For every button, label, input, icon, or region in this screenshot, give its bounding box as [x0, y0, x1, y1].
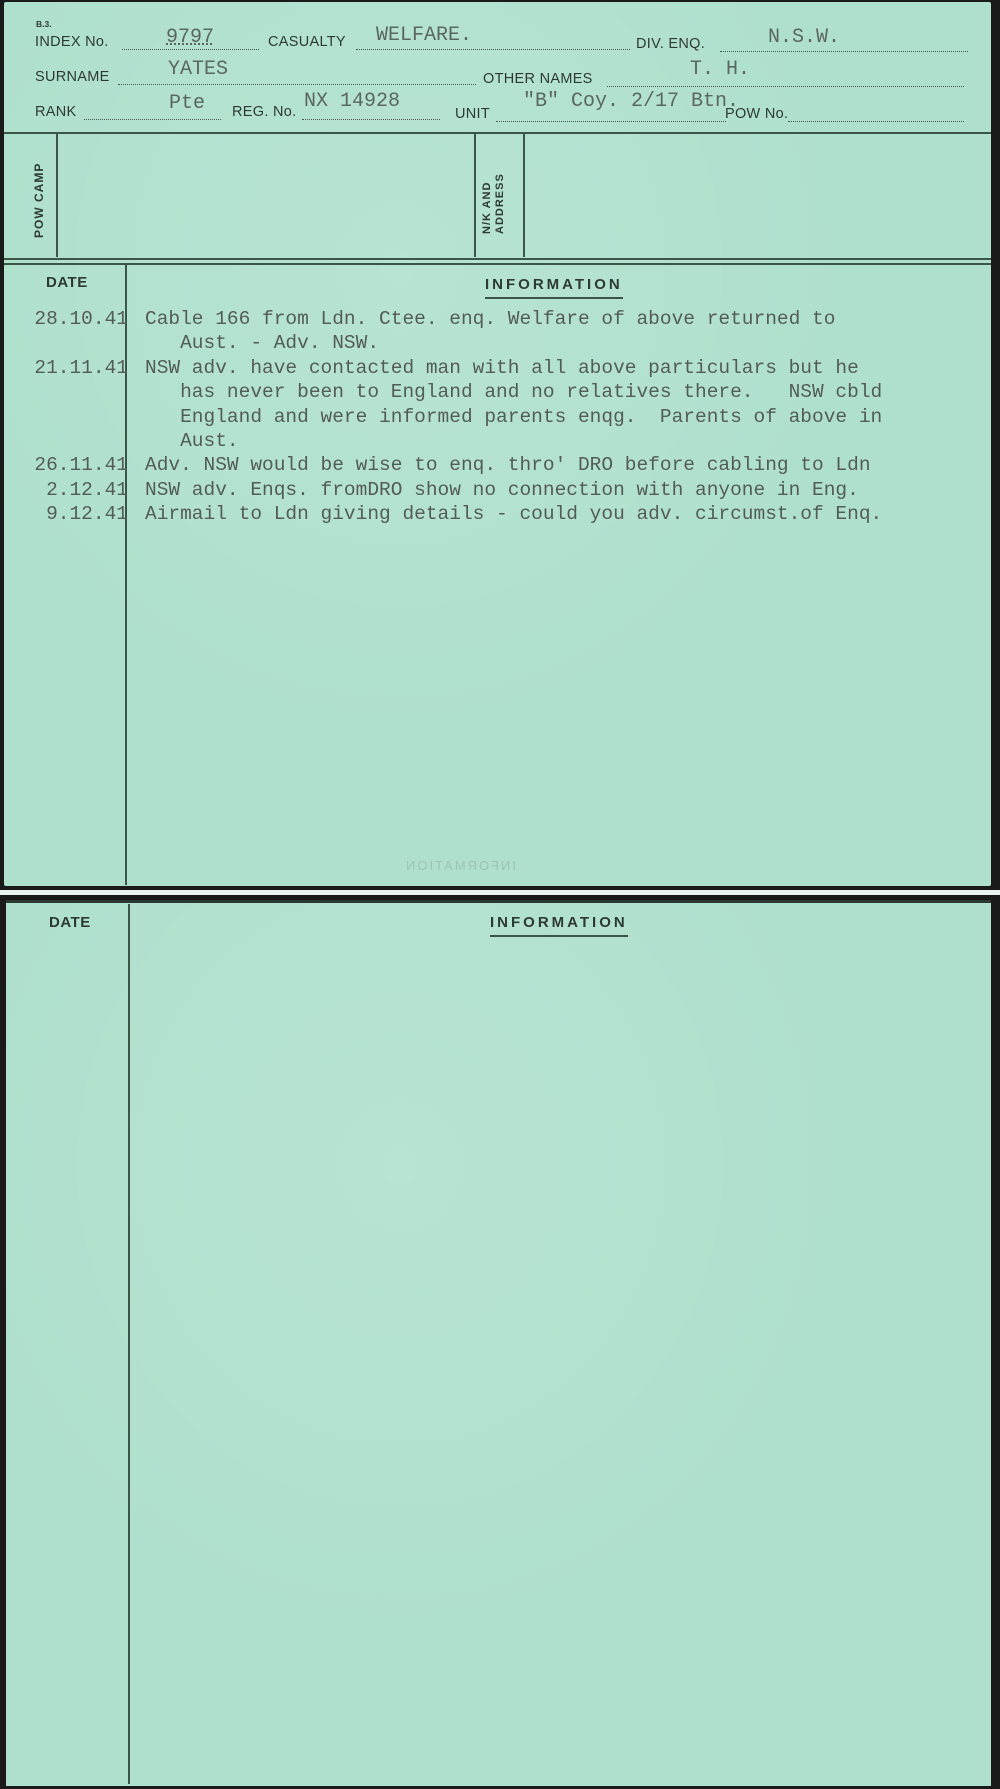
nk-address-label-line2: ADDRESS: [494, 173, 507, 234]
back-information-field: [130, 950, 988, 1782]
entry-date: 9.12.41: [16, 503, 128, 525]
pow-camp-label: POW CAMP: [32, 163, 46, 238]
entry-text-line: Airmail to Ldn giving details - could yo…: [145, 503, 882, 525]
entry-date: 26.11.41: [16, 454, 128, 476]
entry-date: 21.11.41: [16, 357, 128, 379]
unit-label: UNIT: [455, 106, 490, 122]
entry-text-line: NSW adv. Enqs. fromDRO show no connectio…: [145, 479, 859, 501]
div-enq-line: [720, 51, 968, 52]
entry-text-line: has never been to England and no relativ…: [145, 381, 882, 403]
reg-no-value: NX 14928: [304, 90, 400, 113]
back-date-header: DATE: [49, 914, 91, 931]
bleed-through-stamp: INFORMATION: [404, 858, 516, 873]
index-card-front: B.3. INDEX No. 9797 CASUALTY WELFARE. DI…: [4, 2, 991, 886]
entry-text-line: NSW adv. have contacted man with all abo…: [145, 357, 859, 379]
surname-label: SURNAME: [35, 69, 110, 85]
section-rule-double-1: [4, 258, 991, 260]
div-enq-label: DIV. ENQ.: [636, 36, 705, 52]
entry-date: 28.10.41: [16, 308, 128, 330]
casualty-value: WELFARE.: [376, 24, 472, 47]
entry-text-line: Aust. - Adv. NSW.: [145, 332, 379, 354]
casualty-label: CASUALTY: [268, 34, 346, 50]
date-header: DATE: [46, 274, 88, 291]
other-names-value: T. H.: [690, 58, 750, 81]
nk-address-label-line1: N/K AND: [481, 173, 494, 234]
form-code: B.3.: [36, 19, 52, 29]
index-no-label: INDEX No.: [35, 34, 109, 50]
information-header: INFORMATION: [485, 276, 623, 299]
entry-text-line: Cable 166 from Ldn. Ctee. enq. Welfare o…: [145, 308, 835, 330]
other-names-label: OTHER NAMES: [483, 71, 593, 87]
back-top-edge: [6, 900, 991, 903]
entry-text-line: Aust.: [145, 430, 239, 452]
nk-address-divider-left: [474, 133, 476, 257]
unit-value: "B" Coy. 2/17 Btn.: [523, 90, 739, 113]
index-no-value: 9797: [166, 26, 214, 49]
nk-address-label: N/K AND ADDRESS: [481, 173, 507, 234]
rank-label: RANK: [35, 104, 77, 120]
unit-line: [496, 121, 726, 122]
section-rule-double-2: [4, 263, 991, 265]
reg-no-line: [302, 119, 440, 120]
casualty-line: [356, 49, 630, 50]
rank-value: Pte: [169, 92, 205, 115]
surname-line: [118, 84, 476, 85]
entry-text-line: Adv. NSW would be wise to enq. thro' DRO…: [145, 454, 871, 476]
other-names-line: [607, 86, 964, 87]
index-no-line: [122, 49, 259, 50]
entry-text-line: England and were informed parents enqg. …: [145, 406, 882, 428]
div-enq-value: N.S.W.: [768, 26, 840, 49]
reg-no-label: REG. No.: [232, 104, 296, 120]
pow-no-label: POW No.: [725, 106, 788, 122]
pow-camp-field: [58, 134, 472, 256]
entry-date: 2.12.41: [16, 479, 128, 501]
rank-line: [84, 119, 221, 120]
index-card-back: DATE INFORMATION: [6, 900, 991, 1786]
pow-no-line: [788, 121, 964, 122]
nk-address-field: [525, 134, 987, 256]
back-information-header: INFORMATION: [490, 914, 628, 937]
scan-gap: [0, 890, 1000, 895]
surname-value: YATES: [168, 58, 228, 81]
